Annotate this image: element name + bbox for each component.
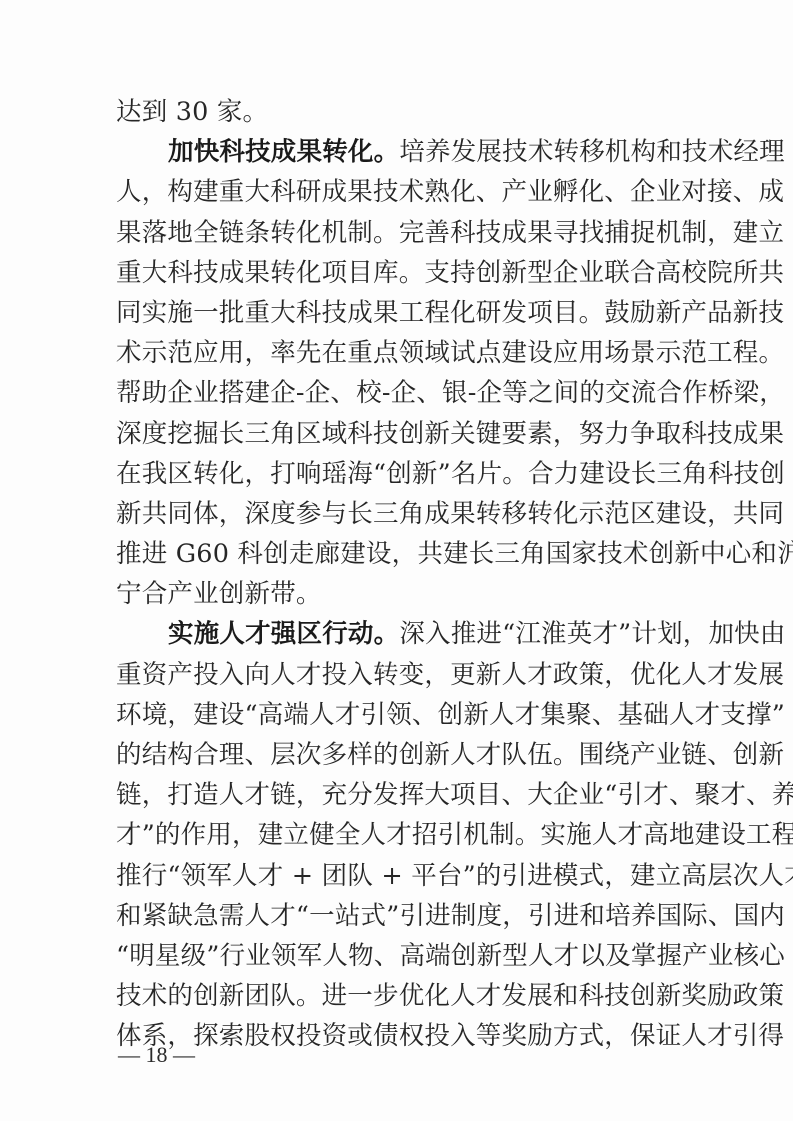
text-run: 深入推进“江淮英才”计划，加快由: [399, 619, 785, 649]
text-line: 新共同体，深度参与长三角成果转移转化示范区建设，共同: [116, 494, 686, 534]
text-line: 推进 G60 科创走廊建设，共建长三角国家技术创新中心和沪: [116, 534, 686, 574]
text-line: 术示范应用，率先在重点领域试点建设应用场景示范工程。: [116, 333, 686, 373]
text-line: 链，打造人才链，充分发挥大项目、大企业“引才、聚才、养: [116, 775, 686, 815]
text-line: 体系，探索股权投资或债权投入等奖励方式，保证人才引得: [116, 1016, 686, 1056]
text-run: 培养发展技术转移机构和技术经理: [399, 137, 785, 167]
text-line: 环境，建设“高端人才引领、创新人才集聚、基础人才支撑”: [116, 695, 686, 735]
text-line: 的结构合理、层次多样的创新人才队伍。围绕产业链、创新: [116, 735, 686, 775]
text-line: 宁合产业创新带。: [116, 574, 686, 614]
paragraph-first-line: 加快科技成果转化。培养发展技术转移机构和技术经理: [116, 132, 686, 172]
text-line: 同实施一批重大科技成果工程化研发项目。鼓励新产品新技: [116, 293, 686, 333]
text-line: 重大科技成果转化项目库。支持创新型企业联合高校院所共: [116, 253, 686, 293]
paragraph-first-line: 实施人才强区行动。深入推进“江淮英才”计划，加快由: [116, 614, 686, 654]
text-line: “明星级”行业领军人物、高端创新型人才以及掌握产业核心: [116, 936, 686, 976]
text-line: 深度挖掘长三角区域科技创新关键要素，努力争取科技成果: [116, 414, 686, 454]
text-line: 推行“领军人才 + 团队 + 平台”的引进模式，建立高层次人才: [116, 856, 686, 896]
text-line: 技术的创新团队。进一步优化人才发展和科技创新奖励政策: [116, 976, 686, 1016]
section-heading: 实施人才强区行动。: [168, 619, 399, 649]
section-heading: 加快科技成果转化。: [168, 137, 399, 167]
text-line: 帮助企业搭建企-企、校-企、银-企等之间的交流合作桥梁，: [116, 373, 686, 413]
text-line: 果落地全链条转化机制。完善科技成果寻找捕捉机制，建立: [116, 213, 686, 253]
text-line: 才”的作用，建立健全人才招引机制。实施人才高地建设工程，: [116, 815, 686, 855]
text-line: 和紧缺急需人才“一站式”引进制度，引进和培养国际、国内: [116, 896, 686, 936]
document-page: 达到 30 家。 加快科技成果转化。培养发展技术转移机构和技术经理 人，构建重大…: [0, 0, 793, 1121]
text-line: 人，构建重大科研成果技术熟化、产业孵化、企业对接、成: [116, 172, 686, 212]
page-number: — 18 —: [118, 1042, 195, 1068]
body-text: 达到 30 家。 加快科技成果转化。培养发展技术转移机构和技术经理 人，构建重大…: [116, 92, 686, 1057]
text-line: 在我区转化，打响瑶海“创新”名片。合力建设长三角科技创: [116, 454, 686, 494]
text-line: 重资产投入向人才投入转变，更新人才政策，优化人才发展: [116, 655, 686, 695]
text-line: 达到 30 家。: [116, 92, 686, 132]
